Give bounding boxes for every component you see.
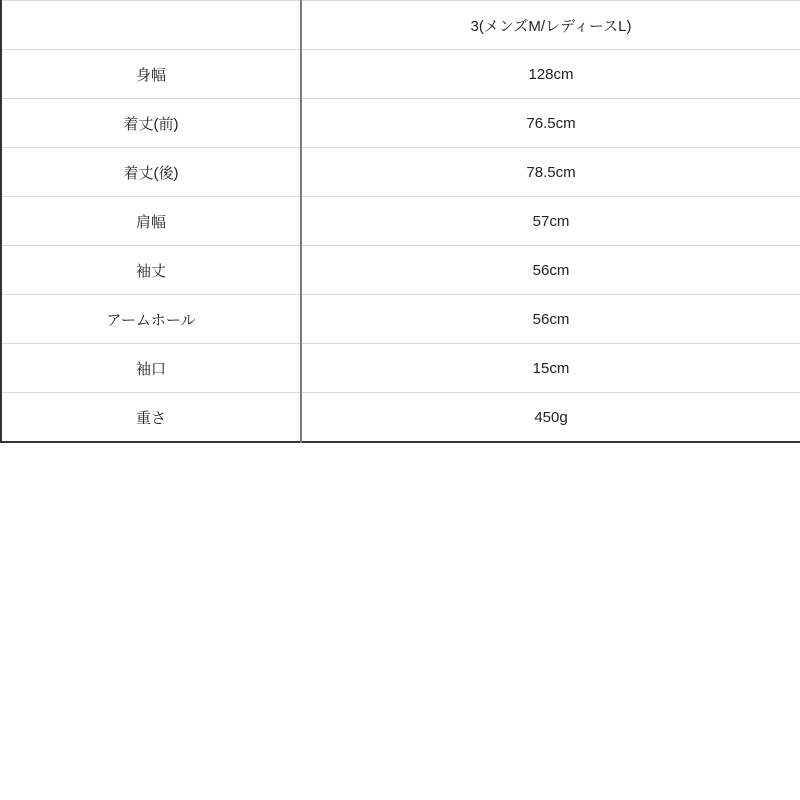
row-label: 身幅 xyxy=(1,50,301,99)
size-column-header: 3(メンズM/レディースL) xyxy=(301,1,800,50)
table-row: 身幅 128cm xyxy=(1,50,800,99)
table-row: 着丈(前) 76.5cm xyxy=(1,99,800,148)
row-value: 57cm xyxy=(301,197,800,246)
table-row: 重さ 450g xyxy=(1,393,800,443)
row-label: アームホール xyxy=(1,295,301,344)
row-value: 56cm xyxy=(301,246,800,295)
row-value: 128cm xyxy=(301,50,800,99)
row-label: 重さ xyxy=(1,393,301,443)
header-row: 3(メンズM/レディースL) xyxy=(1,1,800,50)
row-label: 着丈(後) xyxy=(1,148,301,197)
corner-cell xyxy=(1,1,301,50)
row-value: 15cm xyxy=(301,344,800,393)
row-label: 袖丈 xyxy=(1,246,301,295)
row-label: 肩幅 xyxy=(1,197,301,246)
row-value: 450g xyxy=(301,393,800,443)
table-row: 袖口 15cm xyxy=(1,344,800,393)
row-value: 78.5cm xyxy=(301,148,800,197)
row-value: 56cm xyxy=(301,295,800,344)
row-label: 着丈(前) xyxy=(1,99,301,148)
row-label: 袖口 xyxy=(1,344,301,393)
table-row: 着丈(後) 78.5cm xyxy=(1,148,800,197)
table-row: アームホール 56cm xyxy=(1,295,800,344)
table-row: 袖丈 56cm xyxy=(1,246,800,295)
table-row: 肩幅 57cm xyxy=(1,197,800,246)
size-chart-table: 3(メンズM/レディースL) 身幅 128cm 着丈(前) 76.5cm 着丈(… xyxy=(0,0,800,443)
row-value: 76.5cm xyxy=(301,99,800,148)
